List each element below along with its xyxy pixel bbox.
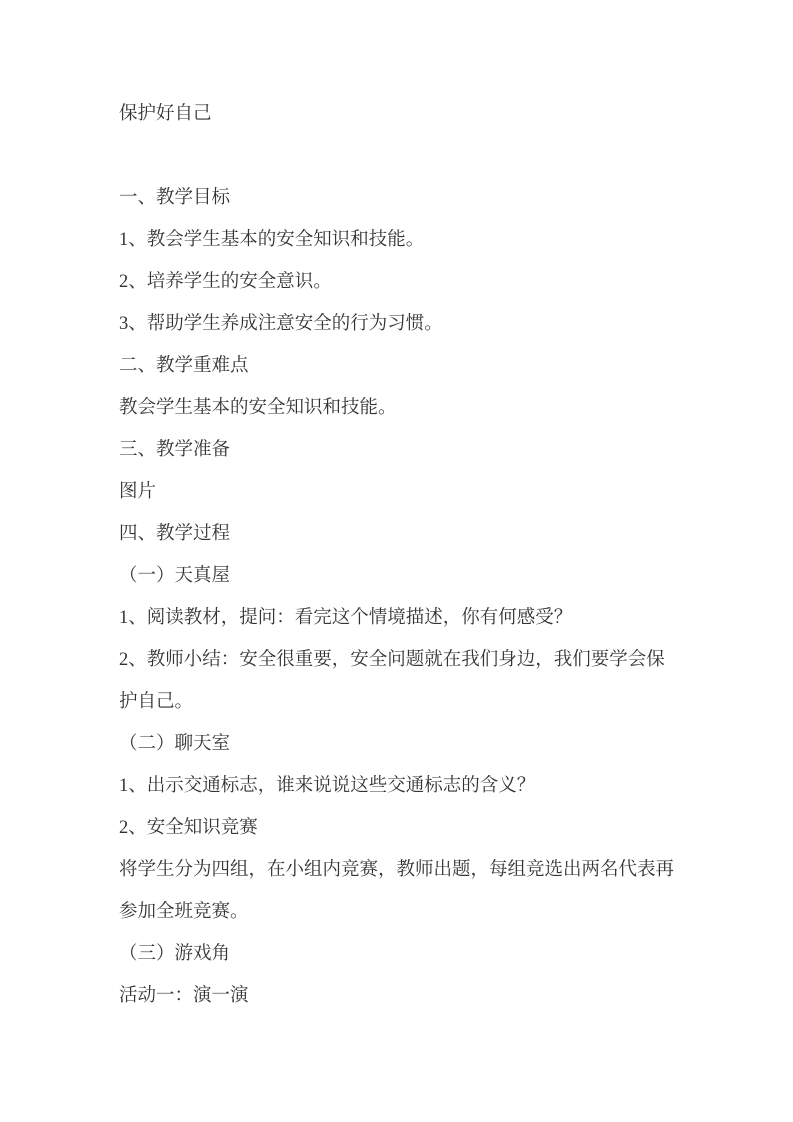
paragraph: 四、教学过程 <box>119 513 678 555</box>
paragraph: 图片 <box>119 471 678 513</box>
paragraph: 活动一：演一演 <box>119 975 678 1017</box>
paragraph: （三）游戏角 <box>119 933 678 975</box>
document-page: 保护好自己一、教学目标1、教会学生基本的安全知识和技能。2、培养学生的安全意识。… <box>0 0 793 1122</box>
document-title: 保护好自己 <box>119 93 678 135</box>
paragraph: 二、教学重难点 <box>119 345 678 387</box>
paragraph: 3、帮助学生养成注意安全的行为习惯。 <box>119 303 678 345</box>
paragraph: 2、安全知识竞赛 <box>119 807 678 849</box>
paragraph: 教会学生基本的安全知识和技能。 <box>119 387 678 429</box>
paragraph: 三、教学准备 <box>119 429 678 471</box>
paragraph: （二）聊天室 <box>119 723 678 765</box>
paragraph: 2、教师小结：安全很重要，安全问题就在我们身边，我们要学会保护自己。 <box>119 639 678 723</box>
paragraph: 1、阅读教材，提问：看完这个情境描述，你有何感受？ <box>119 597 678 639</box>
blank-line <box>119 135 678 177</box>
paragraph: 2、培养学生的安全意识。 <box>119 261 678 303</box>
paragraph: 将学生分为四组，在小组内竞赛，教师出题，每组竞选出两名代表再参加全班竞赛。 <box>119 849 678 933</box>
paragraph: （一）天真屋 <box>119 555 678 597</box>
paragraph: 一、教学目标 <box>119 177 678 219</box>
document-body: 保护好自己一、教学目标1、教会学生基本的安全知识和技能。2、培养学生的安全意识。… <box>119 93 678 1017</box>
paragraph: 1、出示交通标志，谁来说说这些交通标志的含义？ <box>119 765 678 807</box>
paragraph: 1、教会学生基本的安全知识和技能。 <box>119 219 678 261</box>
